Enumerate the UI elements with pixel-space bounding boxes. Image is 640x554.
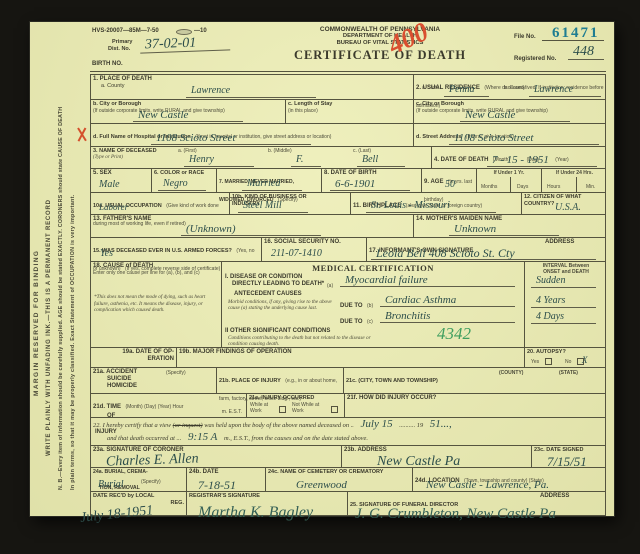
coroner-signature-value: Charles E. Allen	[101, 454, 204, 469]
due-to-b-label: DUE TO	[340, 303, 363, 310]
certify-year-hw: 51...,	[425, 418, 457, 431]
field-informant: 17. INFORMANT'S OWN SIGNATURE ADDRESS Le…	[366, 238, 607, 261]
certificate-form: HVS-20007—85M—7-50 —10 Primary Dist. No.…	[90, 25, 606, 516]
middle-name-value: F.	[291, 155, 321, 167]
father-value: (Unknown)	[181, 224, 321, 236]
length-of-stay-label: c. Length of Stay	[288, 101, 411, 108]
cemetery-label: 24c. NAME OF CEMETERY OR CREMATORY	[268, 469, 410, 476]
field-armed-forces: 15. WAS DECEASED EVER IN U.S. ARMED FORC…	[91, 238, 261, 261]
accident-specify-note: (Specify)	[166, 370, 186, 376]
field-marital-status: 7. MARRIED, NEVER MARRIED, WIDOWED, DIVO…	[216, 169, 321, 192]
field-funeral-director: 25. SIGNATURE OF FUNERAL DIRECTOR ADDRES…	[347, 492, 607, 515]
cause-a-value: Myocardial failure	[340, 275, 515, 287]
certify-struck-inquest: (or inquest)	[173, 422, 203, 429]
field-last-name: c. (Last) Bell	[351, 147, 431, 168]
field-registrar-signature: REGISTRAR'S SIGNATURE Martha K. Bagley	[186, 492, 347, 515]
marital-value: Married	[242, 179, 302, 191]
operation-date-label-1: 19a. DATE OF OP-	[93, 349, 174, 356]
field-length-of-stay: c. Length of Stay (in this place)	[285, 100, 413, 123]
field-how-injury-occurred: 21f. HOW DID INJURY OCCUR?	[344, 394, 607, 417]
time-of-injury-suffix: m. E.S.T.	[222, 409, 242, 415]
name-subtitle: (Type or Print)	[93, 155, 174, 161]
autopsy-yes-label: Yes	[531, 359, 539, 365]
field-mother-name: 14. MOTHER'S MAIDEN NAME Unknown	[413, 215, 607, 237]
date-of-death-title: 4. DATE OF DEATH	[434, 157, 488, 163]
field-usual-residence: 2. USUAL RESIDENCE (Where deceased lived…	[413, 75, 607, 99]
certify-line2a: and that death occurred at	[107, 435, 175, 442]
burial-value: Burial	[93, 480, 129, 491]
field-color-race: 6. COLOR or RACE Negro	[151, 169, 216, 192]
funeral-director-value: J. G. Crumbleton, New Castle Pa	[350, 509, 561, 520]
field-place-of-death: 1. PLACE OF DEATH a. County Lawrence	[91, 75, 413, 99]
field-burial-date: 24b. DATE 7-18-51	[186, 468, 265, 491]
red-x-mark	[76, 128, 88, 142]
birthplace-value: St. Louis - Missouri	[366, 201, 496, 213]
field-date-of-operation: 19a. DATE OF OP- ERATION	[91, 348, 176, 367]
date-signed-label: 23c. DATE SIGNED	[534, 447, 605, 454]
field-place-of-injury: 21b. PLACE OF INJURY (e.g., in or about …	[216, 368, 343, 393]
certify-dots1: ..	[351, 422, 354, 429]
certificate-title: CERTIFICATE OF DEATH	[260, 48, 500, 63]
field-age: 9. AGE (in yrs. last birthday) 50	[421, 169, 476, 192]
under-24hrs-label: If Under 24 Hrs.	[542, 170, 607, 176]
informant-address-label: ADDRESS	[545, 239, 574, 246]
hours-label: Hours	[547, 184, 560, 190]
location-value: New Castle - Lawrence, Pa.	[421, 480, 554, 491]
interval-b-value: 4 Years	[531, 296, 596, 308]
field-industry: 10b. KIND OF BUSINESS OR INDUSTRY Steel …	[229, 193, 350, 214]
length-of-stay-note: (in this place)	[288, 108, 411, 114]
certify-date-value: July 15	[356, 418, 398, 431]
date-received-label-1: DATE REC'D by LOCAL	[93, 493, 184, 500]
certify-dots2: ..........	[399, 422, 415, 429]
sex-value: Male	[94, 180, 125, 191]
burial-label-1: 24a. BURIAL, CREMA-	[93, 469, 184, 476]
field-burial-type: 24a. BURIAL, CREMA- TION, REMOVAL (Speci…	[91, 468, 186, 491]
injury-state-label: (STATE)	[559, 370, 578, 376]
field-hospital: d. Full Name of Hospital or Institution …	[91, 124, 413, 146]
autopsy-no-mark: X	[577, 355, 593, 366]
res-city-label: c. City or Borough	[416, 101, 605, 108]
field-middle-name: b. (Middle) F.	[266, 147, 351, 168]
margin-line-3: N. B.—Every item of information should b…	[58, 107, 64, 490]
field-date-of-death: 4. DATE OF DEATH (Month) (Day) (Year) 7 …	[431, 147, 607, 168]
middle-name-label: b. (Middle)	[268, 148, 349, 154]
field-under-1yr: If Under 1 Yr. Months Days	[476, 169, 541, 192]
other-conditions-label: II OTHER SIGNIFICANT CONDITIONS	[225, 328, 330, 335]
res-county-label: b. County	[504, 85, 525, 91]
org-block: COMMONWEALTH OF PENNSYLVANIA DEPARTMENT …	[260, 26, 500, 63]
field-date-of-birth: 8. DATE OF BIRTH 6-6-1901	[321, 169, 421, 192]
field-major-findings: 19b. MAJOR FINDINGS OF OPERATION	[176, 348, 524, 367]
due-to-c-label: DUE TO	[340, 319, 363, 326]
armed-forces-value: Yes	[95, 249, 118, 260]
field-street-address: d. Street Address (If rural, give locati…	[413, 124, 607, 146]
field-first-name: a. (First) Henry	[176, 147, 266, 168]
field-city-borough: b. City or Borough (If outside corporate…	[91, 100, 285, 123]
field-cause-of-death-left: 18. CAUSE of DEATH Enter only one cause …	[91, 262, 221, 347]
dist-no-label: Dist. No.	[108, 46, 130, 52]
informant-value: Leola Bell 408 Scioto St. Cty	[371, 248, 596, 260]
field-occupation: 10a. USUAL OCCUPATION (Give kind of work…	[91, 193, 229, 214]
under-1yr-label: If Under 1 Yr.	[477, 170, 541, 176]
time-of-injury-cols: (Month) (Day) (Year) Hour	[125, 404, 183, 410]
burial-date-value: 7-18-51	[193, 480, 241, 491]
interval-c-value: 4 Days	[531, 312, 596, 324]
state-value: Penna	[444, 85, 489, 97]
field-medical-certification: MEDICAL CERTIFICATION I. DISEASE OR COND…	[221, 262, 524, 347]
sex-label: 5. SEX	[93, 170, 149, 177]
state-label: a. State	[422, 85, 439, 91]
burial-specify-note: (Specify)	[141, 479, 161, 485]
dob-label: 8. DATE OF BIRTH	[324, 170, 419, 177]
mother-value: Unknown	[449, 224, 559, 236]
dist-no-value: 37-02-01	[140, 35, 230, 53]
antecedent-note: Morbid conditions, if any, giving rise t…	[228, 299, 333, 311]
injury-county-label: (COUNTY)	[499, 370, 523, 376]
not-while-at-work-checkbox	[331, 406, 338, 413]
other-conditions-note: Conditions contributing to the death but…	[228, 335, 388, 347]
cause-footnote: *This does not mean the mode of dying, s…	[94, 294, 209, 314]
margin-line-1: MARGIN RESERVED FOR BINDING	[33, 250, 40, 396]
not-while-at-work-label: Not While at Work	[292, 402, 326, 414]
form-number: HVS-20007—85M—7-50	[92, 28, 159, 34]
injury-occurred-label: 21e. INJURY OCCURRED	[249, 395, 342, 402]
ssn-value: 211-07-1410	[266, 249, 327, 260]
field-name-of-deceased: 3. NAME OF DECEASED (Type or Print)	[91, 147, 176, 168]
registered-no-label: Registered No.	[514, 56, 556, 62]
field-date-received: DATE REC'D by LOCAL REG. July 18-1951	[91, 492, 186, 515]
cause-c-tag: (c)	[367, 319, 373, 325]
operation-date-label-2: ERATION	[93, 356, 174, 363]
interval-a-value: Sudden	[531, 276, 596, 288]
green-4342-stamp: 4342	[437, 324, 471, 344]
certify-year-printed: 19	[417, 422, 423, 429]
race-value: Negro	[158, 179, 206, 191]
how-injury-label: 21f. HOW DID INJURY OCCUR?	[347, 395, 605, 402]
funeral-director-address-label: ADDRESS	[540, 493, 569, 500]
place-of-death-title: 1. PLACE OF DEATH	[93, 76, 411, 83]
citizen-value: U.S.A.	[550, 203, 586, 214]
certify-time-value: 9:15 A	[183, 431, 222, 444]
certify-mid: was held upon the body of the above name…	[204, 422, 349, 429]
registered-no-value: 448	[568, 45, 604, 60]
field-coroner-date-signed: 23c. DATE SIGNED 7/15/51	[531, 446, 607, 467]
certify-line2b: m., E.S.T., from the causes and on the d…	[224, 435, 368, 442]
org-line-3: BUREAU OF VITAL STATISTICS	[260, 40, 500, 47]
certificate-header: HVS-20007—85M—7-50 —10 Primary Dist. No.…	[90, 25, 606, 71]
major-findings-label: 19b. MAJOR FINDINGS OF OPERATION	[179, 349, 522, 356]
cemetery-value: Greenwood	[291, 480, 352, 491]
date-signed-value: 7/15/51	[542, 457, 592, 468]
race-label: 6. COLOR or RACE	[154, 170, 214, 177]
field-citizen: 12. CITIZEN OF WHAT COUNTRY? U.S.A.	[521, 193, 607, 214]
field-injury-occurred: 21e. INJURY OCCURRED While at Work Not W…	[246, 394, 344, 417]
field-autopsy: 20. AUTOPSY? Yes No X	[524, 348, 607, 367]
age-value: 50	[440, 180, 460, 191]
medical-certification-title: MEDICAL CERTIFICATION	[222, 263, 524, 273]
cause-title: 18. CAUSE of DEATH	[93, 263, 219, 270]
autopsy-label: 20. AUTOPSY?	[527, 349, 605, 356]
city-value: New Castle	[133, 110, 243, 122]
registrar-label: REGISTRAR'S SIGNATURE	[189, 493, 345, 500]
accident-label-1: 21a. ACCIDENT	[93, 369, 214, 376]
birth-no-label: BIRTH NO.	[92, 61, 123, 67]
hospital-value: 1108 Scioto Street	[151, 133, 311, 145]
months-label: Months	[481, 184, 497, 190]
primary-label: Primary	[112, 39, 133, 45]
margin-line-2: WRITE PLAINLY WITH UNFADING INK.—THIS IS…	[46, 199, 52, 456]
burial-date-label: 24b. DATE	[189, 469, 263, 476]
dob-value: 6-6-1901	[330, 179, 410, 191]
date-received-value: July 18-1951	[75, 506, 159, 526]
first-name-value: Henry	[184, 155, 254, 167]
form-grid: 1. PLACE OF DEATH a. County Lawrence 2. …	[90, 75, 606, 516]
field-sex: 5. SEX Male	[91, 169, 151, 192]
file-no-value: 61471	[552, 25, 600, 42]
ornament-stamp	[176, 29, 192, 35]
autopsy-yes-checkbox	[545, 358, 552, 365]
field-certify-statement: 22. I hereby certify that a view (or inq…	[91, 418, 607, 445]
field-injury-city-county-state: 21c. (CITY, TOWN AND TOWNSHIP) (COUNTY) …	[343, 368, 607, 393]
under-24hrs-divider	[576, 177, 577, 192]
place-of-injury-label: 21b. PLACE OF INJURY	[219, 378, 281, 384]
cause-b-tag: (b)	[367, 303, 373, 309]
occupation-value: Laborer	[94, 202, 133, 213]
autopsy-no-label: No	[565, 359, 571, 365]
field-coroner-signature: 23a. SIGNATURE OF CORONER Charles E. All…	[91, 446, 341, 467]
cause-note: Enter only one cause per line for (a), (…	[93, 270, 203, 276]
while-at-work-checkbox	[279, 406, 286, 413]
under-1yr-divider	[510, 177, 511, 192]
coroner-address-label: 23b. ADDRESS	[344, 447, 529, 454]
field-father-name: 13. FATHER'S NAME (Unknown)	[91, 215, 413, 237]
res-city-value: New Castle	[460, 110, 570, 122]
street-value: 1108 Scioto Street	[449, 133, 599, 145]
while-at-work-label: While at Work	[250, 402, 278, 414]
certify-pre: 22. I hereby certify that a view	[93, 422, 171, 429]
cause-b-value: Cardiac Asthma	[380, 295, 515, 307]
cause-c-value: Bronchitis	[380, 311, 515, 323]
org-line-2: DEPARTMENT OF HEALTH	[260, 33, 500, 40]
field-cemetery-location: 24d. LOCATION (Town, township and county…	[412, 468, 607, 491]
date-of-death-value: 7 - 15 - 1951	[487, 155, 597, 167]
min-label: Min.	[586, 184, 595, 190]
coroner-address-value: New Castle Pa	[372, 457, 465, 468]
ssn-label: 16. SOCIAL SECURITY NO.	[264, 239, 364, 246]
field-time-of-injury: 21d. TIME (Month) (Day) (Year) Hour OF I…	[91, 394, 246, 417]
field-accident-suicide-homicide: 21a. ACCIDENT SUICIDE HOMICIDE (Specify)	[91, 368, 216, 393]
registrar-value: Martha K. Bagley	[193, 508, 318, 519]
time-of-injury-label: 21d. TIME	[93, 404, 121, 410]
certify-dots3: ...	[177, 435, 182, 442]
field-interval-column: INTERVAL Between ONSET and DEATH Sudden …	[524, 262, 607, 347]
file-no-label: File No.	[514, 34, 536, 40]
field-ssn: 16. SOCIAL SECURITY NO. 211-07-1410	[261, 238, 366, 261]
field-birthplace: 11. BIRTHPLACE (also give State or forei…	[350, 193, 521, 214]
industry-value: Steel Mill	[238, 201, 308, 213]
name-title: 3. NAME OF DECEASED	[93, 148, 174, 155]
leading-to-death-label: DIRECTLY LEADING TO DEATH*	[232, 281, 324, 288]
injury-city-label: 21c. (CITY, TOWN AND TOWNSHIP)	[346, 378, 438, 384]
margin-line-4: In plain terms, so that it may be proper…	[70, 194, 76, 490]
field-cemetery: 24c. NAME OF CEMETERY OR CREMATORY Green…	[265, 468, 412, 491]
screenshot-stage: MARGIN RESERVED FOR BINDING WRITE PLAINL…	[0, 0, 640, 554]
field-res-city-borough: c. City or Borough (If outside corporate…	[413, 100, 607, 123]
antecedent-label: ANTECEDENT CAUSES	[234, 291, 302, 298]
field-under-24hrs: If Under 24 Hrs. Hours Min.	[541, 169, 607, 192]
county-value: Lawrence	[186, 86, 316, 98]
accident-label-2: SUICIDE	[107, 376, 214, 383]
field-coroner-address: 23b. ADDRESS New Castle Pa	[341, 446, 531, 467]
death-certificate-paper: MARGIN RESERVED FOR BINDING WRITE PLAINL…	[30, 22, 614, 516]
cause-a-tag: (a)	[327, 283, 333, 289]
father-label: 13. FATHER'S NAME	[93, 216, 411, 223]
disease-condition-label: I. DISEASE OR CONDITION	[225, 274, 302, 281]
res-county-value: Lawrence	[529, 85, 601, 97]
form-number-suffix: —10	[194, 28, 207, 34]
city-label: b. City or Borough	[93, 101, 283, 108]
accident-label-3: HOMICIDE	[107, 383, 214, 390]
days-label: Days	[517, 184, 528, 190]
last-name-value: Bell	[357, 155, 405, 167]
org-line-1: COMMONWEALTH OF PENNSYLVANIA	[260, 26, 500, 33]
mother-label: 14. MOTHER'S MAIDEN NAME	[416, 216, 605, 223]
